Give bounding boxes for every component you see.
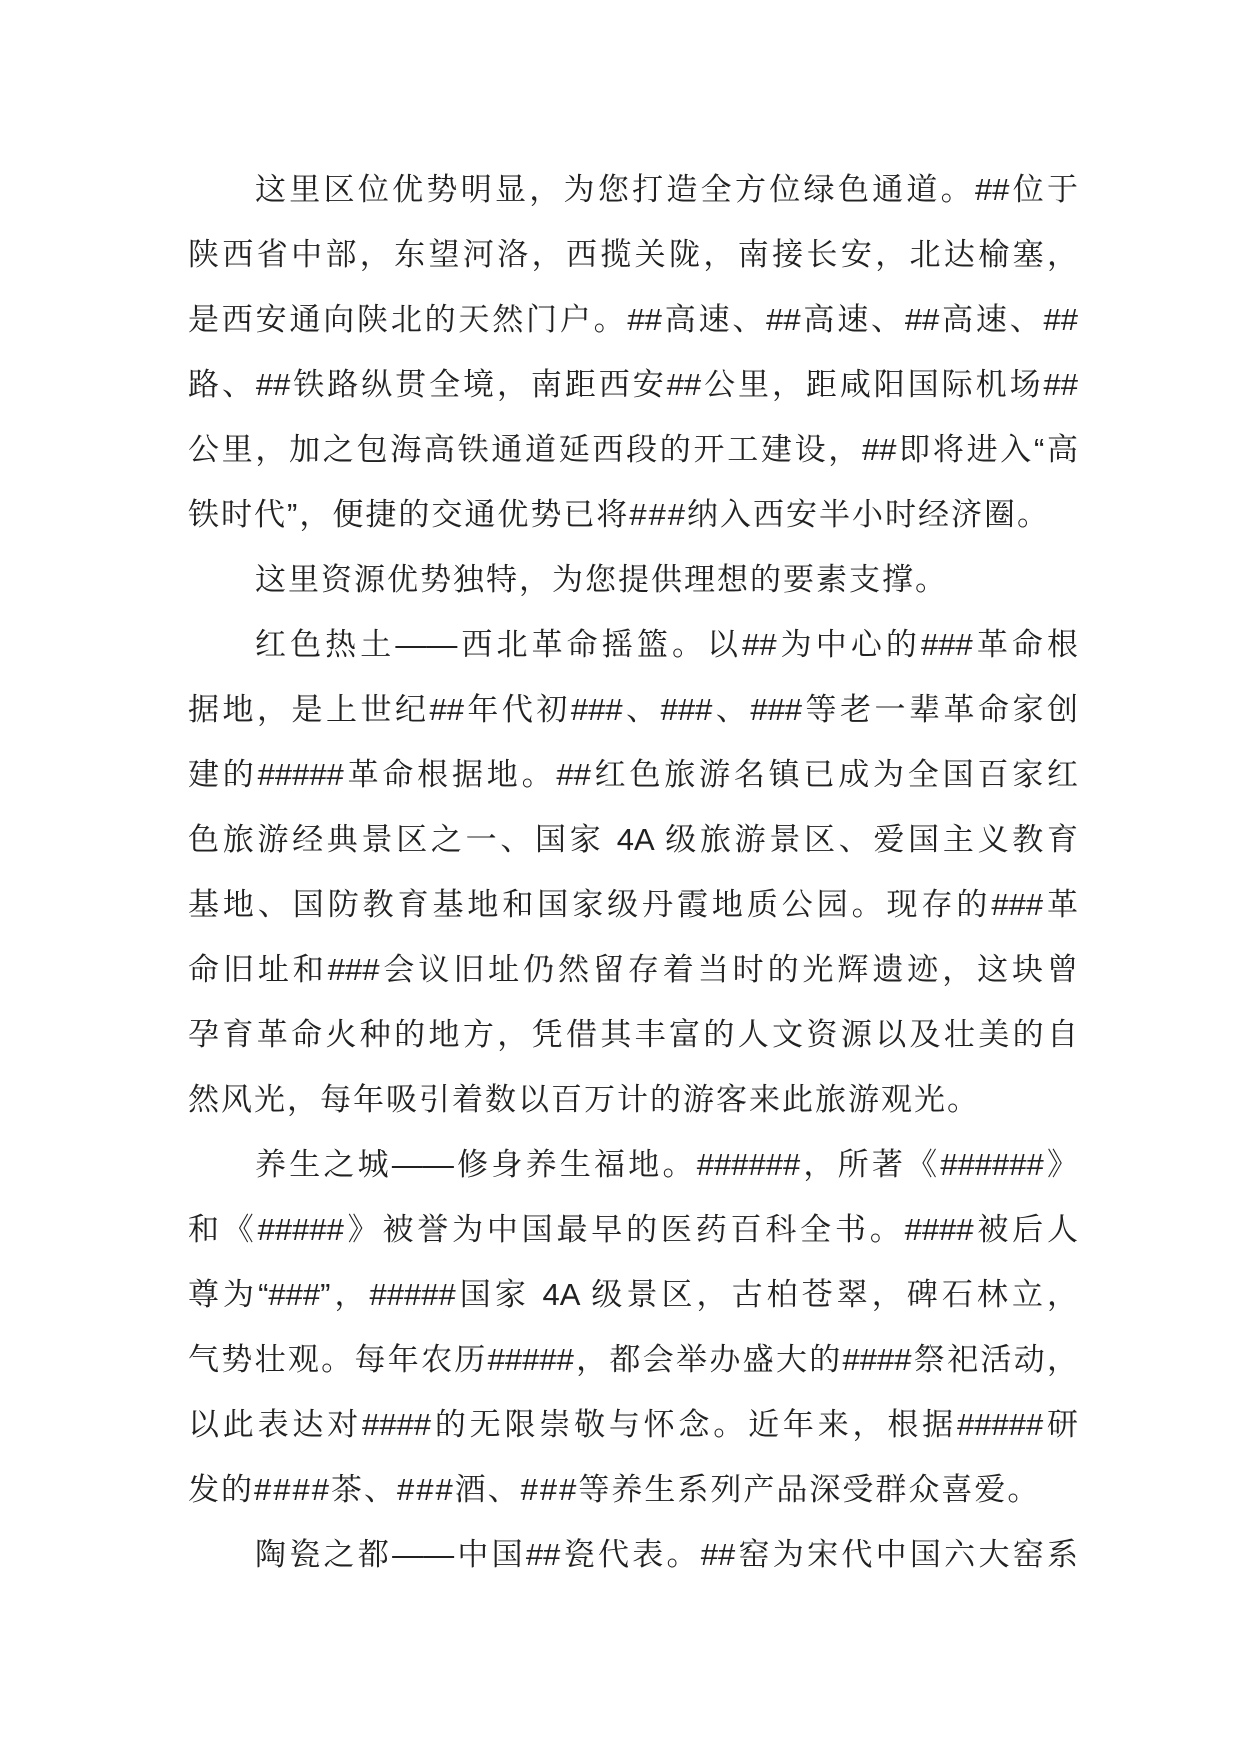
text-line: 养生之城——修身养生福地。######，所著《######》 bbox=[188, 1132, 1078, 1197]
text-line: 以此表达对####的无限崇敬与怀念。近年来，根据#####研 bbox=[188, 1392, 1078, 1457]
text-line: 色旅游经典景区之一、国家 4A 级旅游景区、爱国主义教育 bbox=[188, 807, 1078, 872]
text-line: 发的####茶、###酒、###等养生系列产品深受群众喜爱。 bbox=[188, 1457, 1078, 1522]
text-line: 基地、国防教育基地和国家级丹霞地质公园。现存的###革 bbox=[188, 872, 1078, 937]
text-line: 孕育革命火种的地方，凭借其丰富的人文资源以及壮美的自 bbox=[188, 1002, 1078, 1067]
text-line: 建的#####革命根据地。##红色旅游名镇已成为全国百家红 bbox=[188, 742, 1078, 807]
document-text: 这里区位优势明显，为您打造全方位绿色通道。##位于陕西省中部，东望河洛，西揽关陇… bbox=[188, 157, 1078, 1587]
text-line: 这里资源优势独特，为您提供理想的要素支撑。 bbox=[188, 547, 1078, 612]
text-line: 气势壮观。每年农历#####，都会举办盛大的####祭祀活动， bbox=[188, 1327, 1078, 1392]
text-line: 和《#####》被誉为中国最早的医药百科全书。####被后人 bbox=[188, 1197, 1078, 1262]
text-line: 陕西省中部，东望河洛，西揽关陇，南接长安，北达榆塞， bbox=[188, 222, 1078, 287]
document-page: 这里区位优势明显，为您打造全方位绿色通道。##位于陕西省中部，东望河洛，西揽关陇… bbox=[0, 0, 1241, 1755]
text-line: 据地，是上世纪##年代初###、###、###等老一辈革命家创 bbox=[188, 677, 1078, 742]
text-line: 路、##铁路纵贯全境，南距西安##公里，距咸阳国际机场## bbox=[188, 352, 1078, 417]
text-line: 公里，加之包海高铁通道延西段的开工建设，##即将进入“高 bbox=[188, 417, 1078, 482]
text-line: 命旧址和###会议旧址仍然留存着当时的光辉遗迹，这块曾 bbox=[188, 937, 1078, 1002]
text-line: 陶瓷之都——中国##瓷代表。##窑为宋代中国六大窑系 bbox=[188, 1522, 1078, 1587]
text-line: 红色热土——西北革命摇篮。以##为中心的###革命根 bbox=[188, 612, 1078, 677]
text-line: 是西安通向陕北的天然门户。##高速、##高速、##高速、## bbox=[188, 287, 1078, 352]
text-line: 然风光，每年吸引着数以百万计的游客来此旅游观光。 bbox=[188, 1067, 1078, 1132]
text-line: 尊为“###”，#####国家 4A 级景区，古柏苍翠，碑石林立， bbox=[188, 1262, 1078, 1327]
text-line: 这里区位优势明显，为您打造全方位绿色通道。##位于 bbox=[188, 157, 1078, 222]
text-line: 铁时代”，便捷的交通优势已将###纳入西安半小时经济圈。 bbox=[188, 482, 1078, 547]
